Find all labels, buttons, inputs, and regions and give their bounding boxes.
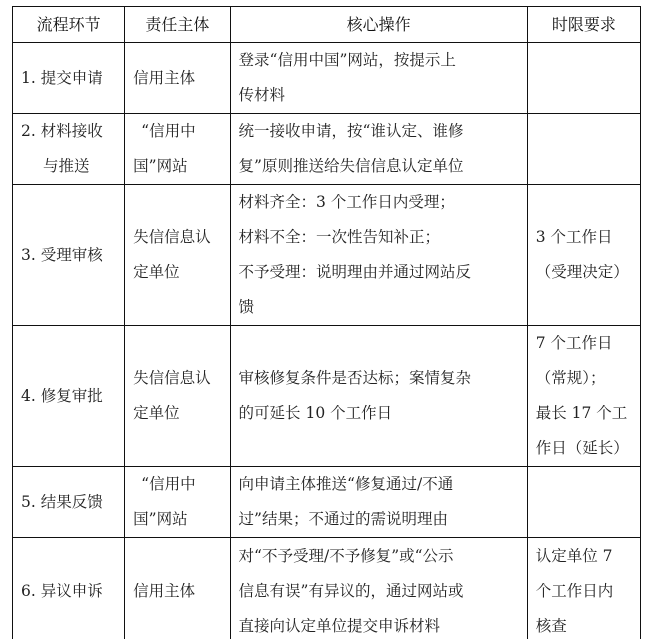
owner-line: 失信信息认 [133, 220, 221, 255]
cell-time-limit: 3 个工作日 （受理决定） [527, 185, 640, 326]
cell-operation: 登录“信用中国”网站，按提示上 传材料 [230, 43, 527, 114]
operation-line: 馈 [239, 290, 519, 325]
operation-line: 向申请主体推送“修复通过/不通 [239, 467, 519, 502]
cell-step: 6. 异议申诉 [13, 538, 125, 639]
operation-line: 过”结果；不通过的需说明理由 [239, 502, 519, 537]
table-row: 2. 材料接收 与推送 “信用中 国”网站 统一接收申请，按“谁认定、谁修 复”… [13, 114, 641, 185]
time-limit-line: 核查 [536, 609, 632, 639]
header-step: 流程环节 [13, 7, 125, 43]
cell-operation: 审核修复条件是否达标；案情复杂 的可延长 10 个工作日 [230, 326, 527, 467]
owner-line: “信用中 [133, 114, 221, 149]
owner-line: 定单位 [133, 255, 221, 290]
time-limit-line: （常规）； [536, 361, 632, 396]
operation-line: 信息有误”有异议的，通过网站或 [239, 574, 519, 609]
cell-step: 4. 修复审批 [13, 326, 125, 467]
time-limit-line: 最长 17 个工 [536, 396, 632, 431]
header-owner: 责任主体 [125, 7, 230, 43]
step-line: 2. 材料接收 [21, 114, 116, 149]
header-row: 流程环节 责任主体 核心操作 时限要求 [13, 7, 641, 43]
owner-line: 国”网站 [133, 149, 221, 184]
step-line: 与推送 [21, 149, 116, 184]
table-row: 3. 受理审核 失信信息认 定单位 材料齐全：3 个工作日内受理； 材料不全：一… [13, 185, 641, 326]
operation-line: 传材料 [239, 78, 519, 113]
header-operation: 核心操作 [230, 7, 527, 43]
operation-line: 审核修复条件是否达标；案情复杂 [239, 361, 519, 396]
credit-repair-process-table: 流程环节 责任主体 核心操作 时限要求 1. 提交申请 信用主体 登录“信用中国… [12, 6, 641, 639]
cell-owner: 信用主体 [125, 43, 230, 114]
owner-line: 定单位 [133, 396, 221, 431]
time-limit-line: （受理决定） [536, 255, 632, 290]
owner-line: 失信信息认 [133, 361, 221, 396]
operation-line: 直接向认定单位提交申诉材料 [239, 609, 519, 639]
owner-line: 国”网站 [133, 502, 221, 537]
cell-owner: 失信信息认 定单位 [125, 326, 230, 467]
cell-step: 3. 受理审核 [13, 185, 125, 326]
operation-line: 材料齐全：3 个工作日内受理； [239, 185, 519, 220]
cell-step: 5. 结果反馈 [13, 467, 125, 538]
operation-line: 复”原则推送给失信信息认定单位 [239, 149, 519, 184]
operation-line: 统一接收申请，按“谁认定、谁修 [239, 114, 519, 149]
operation-line: 的可延长 10 个工作日 [239, 396, 519, 431]
cell-time-limit: 认定单位 7 个工作日内 核查 [527, 538, 640, 639]
cell-owner: “信用中 国”网站 [125, 467, 230, 538]
table-row: 1. 提交申请 信用主体 登录“信用中国”网站，按提示上 传材料 [13, 43, 641, 114]
cell-time-limit: 7 个工作日 （常规）； 最长 17 个工 作日（延长） [527, 326, 640, 467]
cell-operation: 材料齐全：3 个工作日内受理； 材料不全：一次性告知补正； 不予受理：说明理由并… [230, 185, 527, 326]
operation-line: 不予受理：说明理由并通过网站反 [239, 255, 519, 290]
time-limit-line: 个工作日内 [536, 574, 632, 609]
cell-operation: 统一接收申请，按“谁认定、谁修 复”原则推送给失信信息认定单位 [230, 114, 527, 185]
cell-time-limit [527, 43, 640, 114]
table-row: 4. 修复审批 失信信息认 定单位 审核修复条件是否达标；案情复杂 的可延长 1… [13, 326, 641, 467]
operation-line: 材料不全：一次性告知补正； [239, 220, 519, 255]
owner-line: “信用中 [133, 467, 221, 502]
time-limit-line: 3 个工作日 [536, 220, 632, 255]
cell-time-limit [527, 114, 640, 185]
operation-line: 对“不予受理/不予修复”或“公示 [239, 539, 519, 574]
cell-time-limit [527, 467, 640, 538]
time-limit-line: 7 个工作日 [536, 326, 632, 361]
operation-line: 登录“信用中国”网站，按提示上 [239, 43, 519, 78]
cell-owner: “信用中 国”网站 [125, 114, 230, 185]
table-row: 6. 异议申诉 信用主体 对“不予受理/不予修复”或“公示 信息有误”有异议的，… [13, 538, 641, 639]
cell-step: 1. 提交申请 [13, 43, 125, 114]
cell-operation: 向申请主体推送“修复通过/不通 过”结果；不通过的需说明理由 [230, 467, 527, 538]
header-time-limit: 时限要求 [527, 7, 640, 43]
time-limit-line: 认定单位 7 [536, 539, 632, 574]
table-row: 5. 结果反馈 “信用中 国”网站 向申请主体推送“修复通过/不通 过”结果；不… [13, 467, 641, 538]
time-limit-line: 作日（延长） [536, 431, 632, 466]
cell-step: 2. 材料接收 与推送 [13, 114, 125, 185]
cell-owner: 信用主体 [125, 538, 230, 639]
cell-owner: 失信信息认 定单位 [125, 185, 230, 326]
cell-operation: 对“不予受理/不予修复”或“公示 信息有误”有异议的，通过网站或 直接向认定单位… [230, 538, 527, 639]
